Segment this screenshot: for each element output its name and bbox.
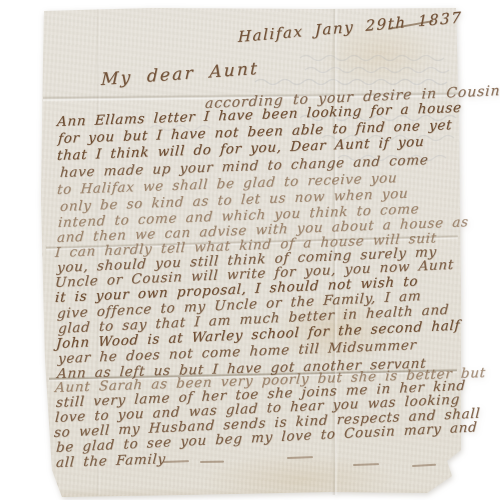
letter-photo: Halifax Jany 29th 1837My dear Auntaccord… [0, 0, 500, 500]
paper-sheet: Halifax Jany 29th 1837My dear Auntaccord… [0, 0, 500, 500]
